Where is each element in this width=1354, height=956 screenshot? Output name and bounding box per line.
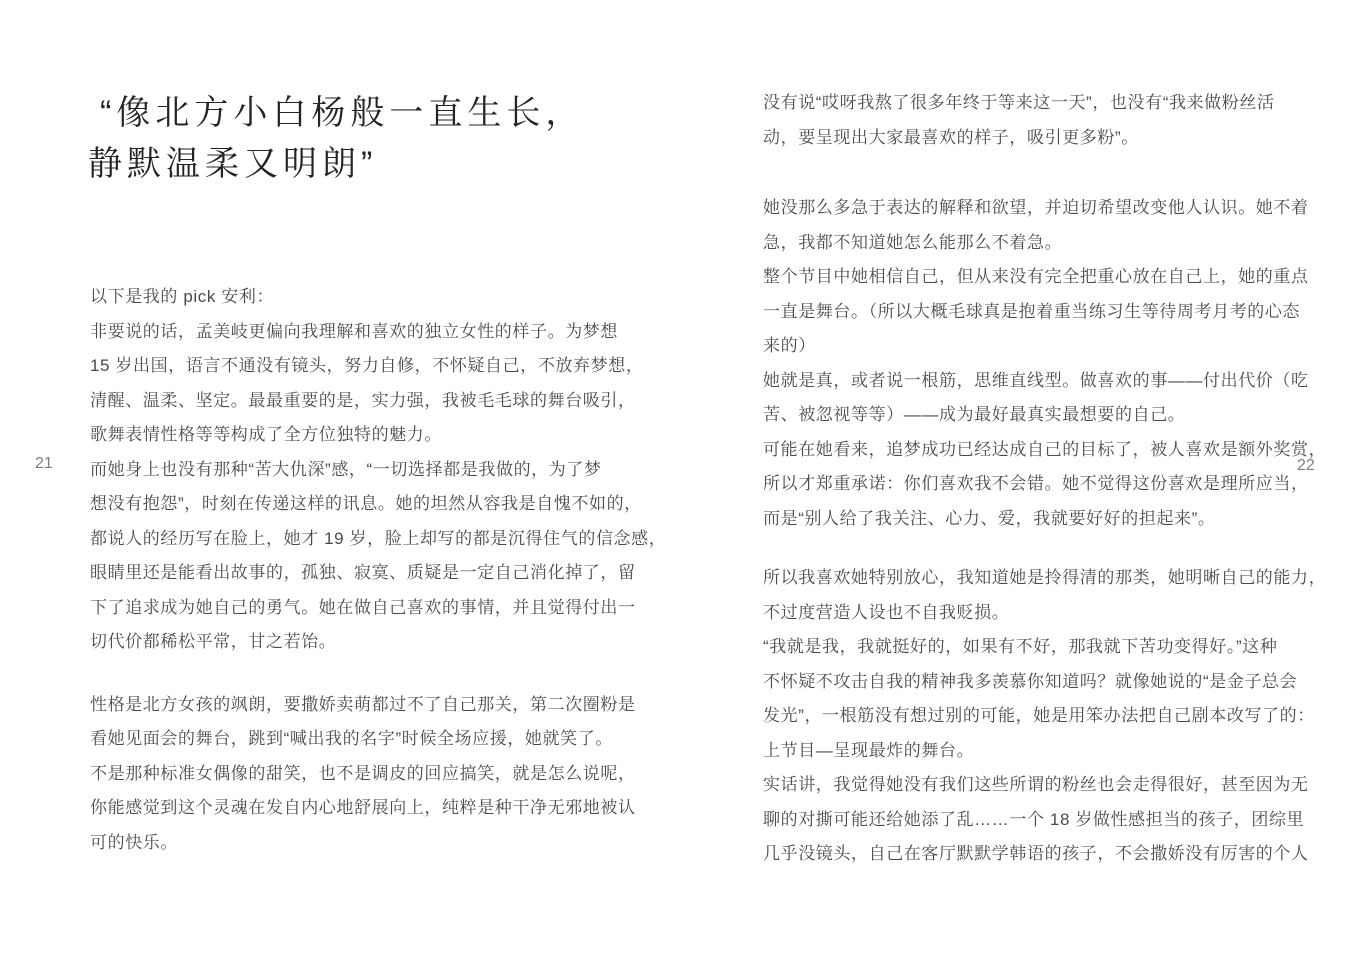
text-line: 15 岁出国，语言不通没有镜头，努力自修，不怀疑自己，不放弃梦想， (90, 349, 610, 384)
text-line: 实话讲，我觉得她没有我们这些所谓的粉丝也会走得很好，甚至因为无 (763, 768, 1275, 803)
page-number-left: 21 (35, 455, 53, 473)
text-line: 聊的对撕可能还给她添了乱……一个 18 岁做性感担当的孩子，团综里 (763, 803, 1275, 838)
paragraph: 所以我喜欢她特别放心，我知道她是拎得清的那类，她明晰自己的能力，不过度营造人设也… (763, 561, 1275, 872)
text-line: 没有说“哎呀我熬了很多年终于等来这一天”，也没有“我来做粉丝活 (763, 86, 1275, 121)
text-line: 都说人的经历写在脸上，她才 19 岁，脸上却写的都是沉得住气的信念感， (90, 522, 610, 557)
text-line: 发光”，一根筋没有想过别的可能，她是用笨办法把自己剧本改写了的： (763, 699, 1275, 734)
text-line: 不是那种标准女偶像的甜笑，也不是调皮的回应搞笑，就是怎么说呢， (90, 757, 610, 792)
paragraph: 性格是北方女孩的飒朗，要撒娇卖萌都过不了自己那关，第二次圈粉是看她见面会的舞台，… (90, 688, 610, 861)
text-line: 而她身上也没有那种“苦大仇深”感，“一切选择都是我做的，为了梦 (90, 453, 610, 488)
paragraph: 她没那么多急于表达的解释和欲望，并迫切希望改变他人认识。她不着急，我都不知道她怎… (763, 191, 1275, 536)
text-line: 几乎没镜头，自己在客厅默默学韩语的孩子，不会撒娇没有厉害的个人 (763, 837, 1275, 872)
text-line: 想没有抱怨”，时刻在传递这样的讯息。她的坦然从容我是自愧不如的， (90, 487, 610, 522)
text-line: 整个节目中她相信自己，但从来没有完全把重心放在自己上，她的重点 (763, 260, 1275, 295)
text-line: 看她见面会的舞台，跳到“喊出我的名字”时候全场应援，她就笑了。 (90, 722, 610, 757)
text-line: 她就是真，或者说一根筋，思维直线型。做喜欢的事——付出代价（吃 (763, 364, 1275, 399)
text-line: 不过度营造人设也不自我贬损。 (763, 596, 1275, 631)
text-line: 上节目—呈现最炸的舞台。 (763, 734, 1275, 769)
text-line: 来的） (763, 329, 1275, 364)
text-line: 她没那么多急于表达的解释和欲望，并迫切希望改变他人认识。她不着 (763, 191, 1275, 226)
text-line: 下了追求成为她自己的勇气。她在做自己喜欢的事情，并且觉得付出一 (90, 591, 610, 626)
text-line: 所以我喜欢她特别放心，我知道她是拎得清的那类，她明晰自己的能力， (763, 561, 1275, 596)
heading-line: “像北方小白杨般一直生长， (88, 88, 584, 139)
text-line: “我就是我，我就挺好的，如果有不好，那我就下苦功变得好。”这种 (763, 630, 1275, 665)
left-page-body: 以下是我的 pick 安利：非要说的话，孟美岐更偏向我理解和喜欢的独立女性的样子… (90, 280, 610, 860)
chapter-heading: “像北方小白杨般一直生长， 静默温柔又明朗” (88, 88, 584, 190)
text-line: 急，我都不知道她怎么能那么不着急。 (763, 226, 1275, 261)
paragraph: 没有说“哎呀我熬了很多年终于等来这一天”，也没有“我来做粉丝活动，要呈现出大家最… (763, 86, 1275, 155)
text-line: 眼睛里还是能看出故事的，孤独、寂寞、质疑是一定自己消化掉了，留 (90, 556, 610, 591)
document-spread: 21 22 “像北方小白杨般一直生长， 静默温柔又明朗” 以下是我的 pick … (0, 0, 1354, 956)
text-line: 可能在她看来，追梦成功已经达成自己的目标了，被人喜欢是额外奖赏， (763, 433, 1275, 468)
text-line: 非要说的话，孟美岐更偏向我理解和喜欢的独立女性的样子。为梦想 (90, 315, 610, 350)
text-line: 你能感觉到这个灵魂在发自内心地舒展向上，纯粹是种干净无邪地被认 (90, 791, 610, 826)
text-line: 切代价都稀松平常，甘之若饴。 (90, 625, 610, 660)
text-line: 一直是舞台。（所以大概毛球真是抱着重当练习生等待周考月考的心态 (763, 295, 1275, 330)
heading-line: 静默温柔又明朗” (88, 139, 584, 190)
text-line: 清醒、温柔、坚定。最最重要的是，实力强，我被毛毛球的舞台吸引， (90, 384, 610, 419)
page-number-right: 22 (1297, 457, 1315, 475)
text-line: 歌舞表情性格等等构成了全方位独特的魅力。 (90, 418, 610, 453)
right-page-body: 没有说“哎呀我熬了很多年终于等来这一天”，也没有“我来做粉丝活动，要呈现出大家最… (763, 86, 1275, 872)
text-line: 所以才郑重承诺：你们喜欢我不会错。她不觉得这份喜欢是理所应当， (763, 467, 1275, 502)
text-line: 而是“别人给了我关注、心力、爱，我就要好好的担起来”。 (763, 502, 1275, 537)
text-line: 性格是北方女孩的飒朗，要撒娇卖萌都过不了自己那关，第二次圈粉是 (90, 688, 610, 723)
text-line: 苦、被忽视等等）——成为最好最真实最想要的自己。 (763, 398, 1275, 433)
paragraph: 以下是我的 pick 安利：非要说的话，孟美岐更偏向我理解和喜欢的独立女性的样子… (90, 280, 610, 660)
text-line: 动，要呈现出大家最喜欢的样子，吸引更多粉”。 (763, 121, 1275, 156)
text-line: 以下是我的 pick 安利： (90, 280, 610, 315)
text-line: 不怀疑不攻击自我的精神我多羡慕你知道吗？就像她说的“是金子总会 (763, 665, 1275, 700)
text-line: 可的快乐。 (90, 826, 610, 861)
